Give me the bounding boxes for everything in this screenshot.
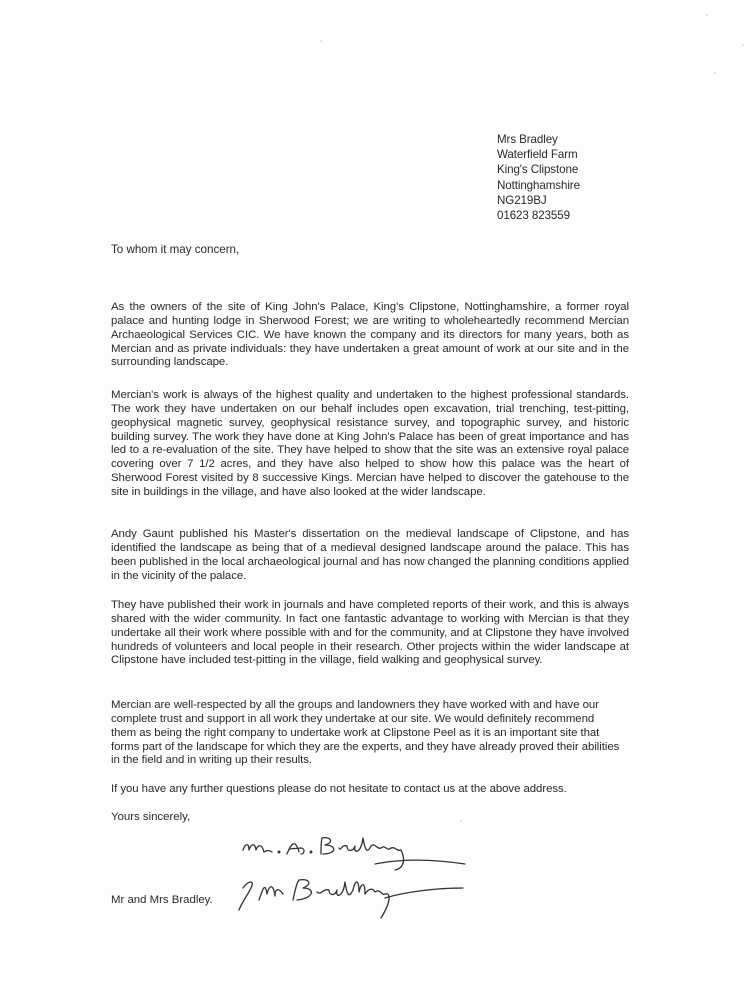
address-line-farm: Waterfield Farm <box>497 147 580 162</box>
paragraph-5: Mercian are well-respected by all the gr… <box>111 699 621 768</box>
handwritten-signatures <box>235 830 475 920</box>
closing: Yours sincerely, <box>111 811 190 823</box>
scan-speck <box>460 820 462 822</box>
paragraph-contact: If you have any further questions please… <box>111 783 629 797</box>
paragraph-1: As the owners of the site of King John's… <box>111 301 629 370</box>
scan-speck <box>706 14 708 16</box>
paragraph-4: They have published their work in journa… <box>111 599 629 668</box>
signoff-name: Mr and Mrs Bradley. <box>111 894 213 906</box>
scan-speck <box>714 72 716 74</box>
address-line-phone: 01623 823559 <box>497 208 580 223</box>
letter-page: Mrs Bradley Waterfield Farm King's Clips… <box>0 0 748 981</box>
address-line-postcode: NG219BJ <box>497 193 580 208</box>
paragraph-2: Mercian's work is always of the highest … <box>111 389 629 500</box>
sender-address: Mrs Bradley Waterfield Farm King's Clips… <box>497 132 580 223</box>
paragraph-3: Andy Gaunt published his Master's disser… <box>111 528 629 583</box>
address-line-village: King's Clipstone <box>497 162 580 177</box>
signature-scribble-icon <box>235 830 475 920</box>
address-line-name: Mrs Bradley <box>497 132 580 147</box>
salutation: To whom it may concern, <box>111 243 239 256</box>
scan-speck <box>742 44 744 46</box>
scan-speck <box>320 40 322 42</box>
address-line-county: Nottinghamshire <box>497 178 580 193</box>
